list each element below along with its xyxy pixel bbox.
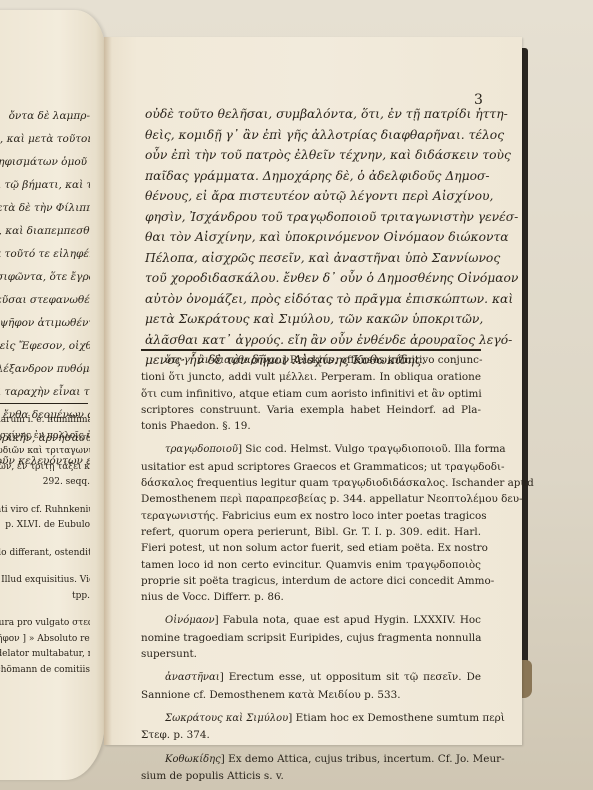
footnote-lemma: Σωκράτους καὶ Σιμύλου — [165, 713, 288, 724]
text-line: αι τῷ βήματι, καὶ τῶν — [0, 174, 90, 197]
footnote-line: tioni ὅτι juncto, addi vult μέλλει. Perp… — [141, 369, 481, 385]
text-line: ψηφισμάτων ὁμοῦ καὶ — [0, 151, 90, 174]
text-line: αὐτὸν ὀνομάζει, πρὸς εἰδότας τὸ πρᾶγμα ἐ… — [145, 289, 480, 310]
footnote-text: ] Erectum esse, ut oppositum sit τῷ πεσε… — [220, 671, 481, 683]
footnote: τραγῳδοποιοῦ] Sic cod. Helmst. Vulgo τρα… — [141, 441, 481, 605]
footnote-line: Fieri potest, ut non solum actor fuerit,… — [141, 540, 481, 556]
text-line: οὐδὲ τοῦτο θελῆσαι, συμβαλόντα, ὅτι, ἐν … — [145, 104, 480, 125]
text-line: μετὰ δὲ τὴν Φίλιππον — [0, 197, 90, 220]
footnote-lemma: ἀναστῆναι — [165, 672, 220, 683]
footnote-line: τεραγωνιστής. Fabricius eum ex nostro lo… — [141, 508, 481, 524]
footnote-line: scriptores construunt. Varia exempla hab… — [141, 402, 481, 418]
footnote-text: Demosthenem περὶ παραπρεσβείας p. 344. a… — [141, 493, 523, 505]
footnote: Κοθωκίδης] Ex demo Attica, cujus tribus,… — [141, 751, 481, 785]
text-line: τι, καὶ μετὰ τοῦτον — [0, 128, 90, 151]
text-line: τοῦ χοροδιδασκάλου. ἔνθεν δ᾽ οὖν ὁ Δημοσ… — [145, 268, 480, 289]
footnote-text: ] Ex demo Attica, cujus tribus, incertum… — [221, 753, 505, 765]
text-line: Πέλοπα, αἰσχρῶς πεσεῖν, καὶ ἀναστῆναι ὑπ… — [145, 248, 480, 269]
footnote-lemma: ὅτι-γ᾽ ἂν-διαφθαρῆναι. — [165, 355, 283, 366]
gutter-shadow — [104, 37, 112, 745]
footnote-text: Fieri potest, ut non solum actor fuerit,… — [141, 542, 488, 554]
footnote-line: refert, quorum opera perierunt, Bibl. Gr… — [141, 524, 481, 540]
note-line: odo differant, ostendit F. A. — [0, 546, 90, 562]
note-line: ιτῶν, ἐν τρίτῃ τάξει κατα- — [0, 460, 90, 476]
text-line: μετὰ Σωκράτους καὶ Σιμύλου, τῶν κακῶν ὑπ… — [145, 309, 480, 330]
footnote-line: tonis Phaedon. §. 19. — [141, 418, 481, 434]
text-line: παῖδας γράμματα. Δημοχάρης δὲ, ὁ ἀδελφιδ… — [145, 166, 480, 187]
footnote-text: nomine tragoediam scripsit Euripides, cu… — [141, 632, 481, 644]
text-line: ησιφῶντα, ὅτε ἔγραψε — [0, 266, 90, 289]
footnote-line: sium de populis Atticis s. v. — [141, 768, 481, 784]
text-line: ω, καὶ διαπεμπεσθαι — [0, 220, 90, 243]
note-line: tpp. — [0, 589, 90, 605]
left-footnote-rule — [0, 403, 88, 404]
footnotes: ὅτι-γ᾽ ἂν-διαφθαρῆναι.] Reiskius, offens… — [141, 352, 481, 790]
text-line: ν ψῆφον ἀτιμωθέντα — [0, 312, 90, 335]
note-line: γῳδιῶν καὶ τριταγωνιστὴ — [0, 444, 90, 460]
footnote: ἀναστῆναι] Erectum esse, ut oppositum si… — [141, 669, 481, 703]
footnote-text: usitatior est apud scriptores Graecos et… — [141, 461, 505, 473]
footnote-text: nius de Vocc. Differr. p. 86. — [141, 591, 284, 603]
footnote-line: Κοθωκίδης] Ex demo Attica, cujus tribus,… — [141, 751, 481, 768]
footnote-lemma: τραγῳδοποιοῦ — [165, 444, 238, 455]
footnote-text: δάσκαλος frequentius legitur quam τραγῳδ… — [141, 477, 534, 489]
text-line: λλέξανδρον πυθόμενον — [0, 358, 90, 381]
footnote-line: Demosthenem περὶ παραπρεσβείας p. 344. a… — [141, 491, 481, 507]
footnote-line: ὅτι-γ᾽ ἂν-διαφθαρῆναι.] Reiskius, offens… — [141, 352, 481, 369]
footnote-text: τεραγωνιστής. Fabricius eum ex nostro lo… — [141, 510, 487, 522]
note-line: Αἰσχίνης ἐν πολλοῖς ὑποκρι- — [0, 429, 90, 445]
text-line: ἀλᾶσθαι κατ᾽ ἀγρούς. εἴη ἂν οὖν ἐνθένδε … — [145, 330, 480, 351]
footnote-line: Sannione cf. Demosthenem κατὰ Μειδίου p.… — [141, 687, 481, 703]
footnote-lemma: Κοθωκίδης — [165, 754, 221, 765]
footnote-text: tioni ὅτι juncto, addi vult μέλλει. Perp… — [141, 371, 481, 383]
footnote-line: nomine tragoediam scripsit Euripides, cu… — [141, 630, 481, 646]
footnote: ὅτι-γ᾽ ἂν-διαφθαρῆναι.] Reiskius, offens… — [141, 352, 481, 434]
text-line: φησὶν, Ἰσχάνδρου τοῦ τραγῳδοποιοῦ τριταγ… — [145, 207, 480, 228]
footnote-line: Σωκράτους καὶ Σιμύλου] Etiam hoc ex Demo… — [141, 710, 481, 727]
footnote-line: supersunt. — [141, 646, 481, 662]
note-gap — [0, 604, 90, 616]
text-line: αὶ ταραχὴν εἶναι τῶν — [0, 381, 90, 404]
footnote-line: Στεφ. p. 374. — [141, 727, 481, 743]
note-gap — [0, 534, 90, 546]
text-line: ρεῦσαι στεφανωθέντα, — [0, 289, 90, 312]
text-line: ὄντα δὲ λαμπρ- — [0, 105, 90, 128]
footnote-line: tamen loco id non certo evincitur. Quamv… — [141, 557, 481, 573]
footnote-line: proprie sit poëta tragicus, interdum de … — [141, 573, 481, 589]
footnote-text: ὅτι cum infinitivo, atque etiam cum aori… — [141, 388, 482, 400]
text-line: οὖν ἐπὶ τὴν τοῦ πατρὸς ἐλθεῖν τέχνην, κα… — [145, 145, 480, 166]
note-line: ) delator multabatur, nisi — [0, 647, 90, 663]
footnote-text: scriptores construunt. Varia exempla hab… — [141, 404, 481, 416]
footnote-text: proprie sit poëta tragicus, interdum de … — [141, 575, 494, 587]
footnote-line: ὅτι cum infinitivo, atque etiam cum aori… — [141, 386, 481, 402]
footnote-text: Στεφ. p. 374. — [141, 729, 210, 741]
footnote-rule — [141, 349, 481, 351]
footnote-text: ] Reiskius, offensus infinitivo conjunc- — [283, 354, 483, 366]
note-gap — [0, 561, 90, 573]
note-line: chömann de comitiis — [0, 663, 90, 679]
main-greek-text: οὐδὲ τοῦτο θελῆσαι, συμβαλόντα, ὅτι, ἐν … — [145, 104, 480, 371]
footnote-line: δάσκαλος frequentius legitur quam τραγῳδ… — [141, 475, 481, 491]
footnote-text: tonis Phaedon. §. 19. — [141, 420, 251, 432]
footnote-text: ] Etiam hoc ex Demosthene sumtum περὶ — [288, 712, 505, 724]
footnote-text: ] Sic cod. Helmst. Vulgo τραγῳδιοποιοῦ. … — [238, 443, 506, 455]
note-line: rtiarum i. e. humillimarum — [0, 413, 90, 429]
note-line: p. XLVI. de Eubulo — [0, 518, 90, 534]
footnote-line: Οἰνόμαον] Fabula nota, quae est apud Hyg… — [141, 612, 481, 629]
note-line: ctura pro vulgato στεφάνῳ. — [0, 616, 90, 632]
note-line: enti viro cf. Ruhnkenium — [0, 503, 90, 519]
text-line: θαι τὸν Αἰσχίνην, καὶ ὑποκρινόμενον Οἰνό… — [145, 227, 480, 248]
footnote-line: nius de Vocc. Differr. p. 86. — [141, 589, 481, 605]
text-line: ν εἰς Ἔφεσον, οἰχθέντα — [0, 335, 90, 358]
footnote-lemma: Οἰνόμαον — [165, 615, 215, 626]
footnote-text: Sannione cf. Demosthenem κατὰ Μειδίου p.… — [141, 689, 401, 701]
footnote-text: tamen loco id non certo evincitur. Quamv… — [141, 559, 481, 571]
footnote-text: ] Fabula nota, quae est apud Hygin. LXXX… — [215, 614, 481, 626]
footnote-line: ἀναστῆναι] Erectum esse, ut oppositum si… — [141, 669, 481, 686]
footnote: Οἰνόμαον] Fabula nota, quae est apud Hyg… — [141, 612, 481, 662]
note-line: ᾖ. Illud exquisitius. Vide — [0, 573, 90, 589]
footnote-line: usitatior est apud scriptores Graecos et… — [141, 459, 481, 475]
text-line: ιὰ τοῦτό τε εἰληφέναι — [0, 243, 90, 266]
text-line: θεὶς, κομιδῇ γ᾽ ἂν ἐπὶ γῆς ἀλλοτρίας δια… — [145, 125, 480, 146]
note-line: ψῆφον ] » Absoluto reo sexta — [0, 632, 90, 648]
left-page-footnotes: rtiarum i. e. humillimarumΑἰσχίνης ἐν πο… — [0, 413, 90, 678]
text-line: θένους, εἰ ἄρα πιστευτέον αὐτῷ λέγοντι π… — [145, 186, 480, 207]
footnote: Σωκράτους καὶ Σιμύλου] Etiam hoc ex Demo… — [141, 710, 481, 744]
footnote-text: sium de populis Atticis s. v. — [141, 770, 284, 782]
note-line: 292. seqq. — [0, 475, 90, 491]
left-page: ὄντα δὲ λαμπρ-τι, καὶ μετὰ τοῦτονψηφισμά… — [0, 10, 105, 780]
note-gap — [0, 491, 90, 503]
footnote-text: supersunt. — [141, 648, 197, 660]
footnote-line: τραγῳδοποιοῦ] Sic cod. Helmst. Vulgo τρα… — [141, 441, 481, 458]
footnote-text: refert, quorum opera perierunt, Bibl. Gr… — [141, 526, 481, 538]
